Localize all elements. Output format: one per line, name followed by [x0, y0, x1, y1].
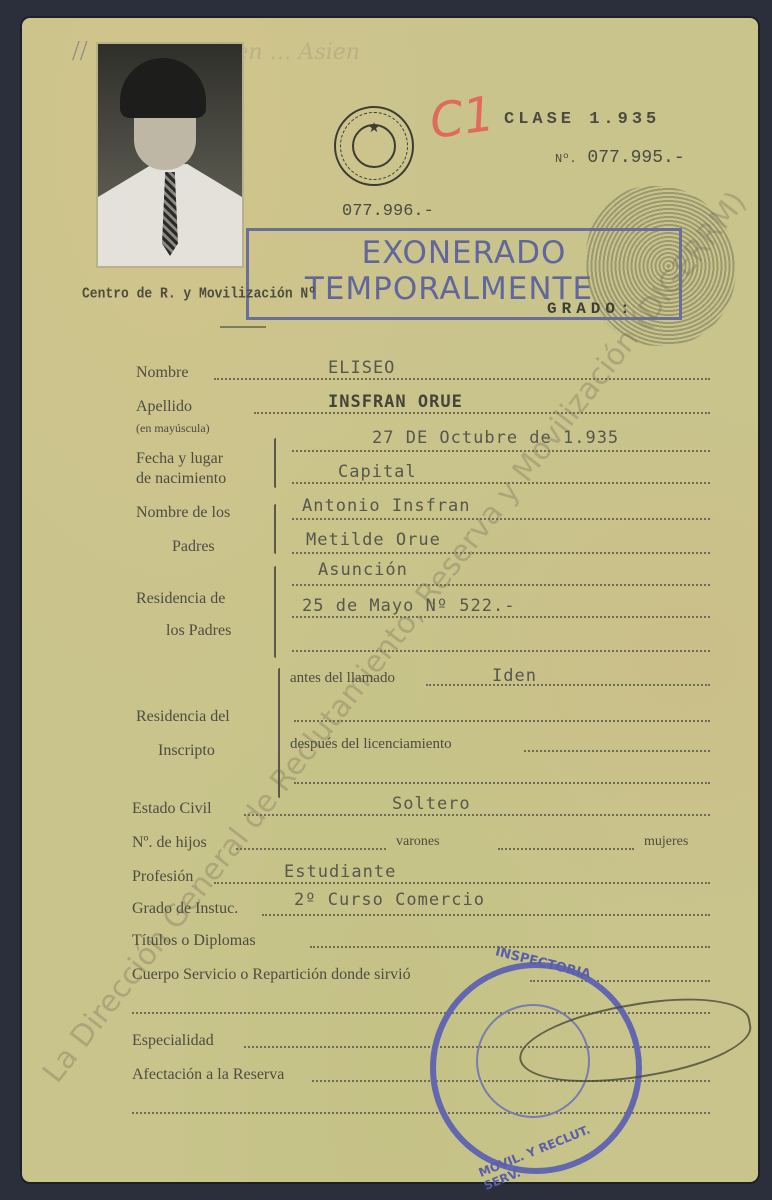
- nombre-value[interactable]: ELISEO: [328, 358, 395, 378]
- stamp-line-1: EXONERADO: [249, 235, 679, 271]
- mujeres-line: [498, 848, 634, 850]
- numero-label: Nº.: [555, 152, 577, 166]
- profesion-label: Profesión: [132, 868, 193, 886]
- brace: [274, 438, 276, 488]
- hijos-label: Nº. de hijos: [132, 834, 207, 852]
- clase-label: CLASE: [504, 110, 575, 129]
- national-seal-icon: ★: [334, 106, 414, 186]
- apellido-value[interactable]: INSFRAN ORUE: [328, 392, 463, 412]
- padres-label-2: Padres: [172, 538, 215, 556]
- varones-line: [236, 848, 386, 850]
- apellido-sublabel: (en mayúscula): [136, 421, 210, 436]
- especialidad-label: Especialidad: [132, 1032, 214, 1050]
- brace: [274, 566, 276, 658]
- portrait-photo: [96, 42, 244, 268]
- registration-card: // … Olsen … Asien ★ C1 CLASE 1.935 Nº. …: [22, 18, 758, 1182]
- res-padres-ciudad[interactable]: Asunción: [318, 560, 408, 580]
- despues-line-2: [294, 782, 710, 784]
- padres-label-1: Nombre de los: [136, 504, 230, 522]
- divider: [220, 326, 266, 328]
- stamp-top-text: INSPECTORIA: [494, 944, 593, 982]
- estado-civil-line: [244, 814, 710, 816]
- estado-civil-value[interactable]: Soltero: [392, 794, 471, 814]
- padre-line: [292, 518, 710, 520]
- despues-line: [524, 750, 710, 752]
- varones-label: varones: [396, 834, 440, 850]
- nacimiento-label-2: de nacimiento: [136, 470, 226, 488]
- despues-label: después del licenciamiento: [290, 736, 452, 753]
- res-inscripto-label-1: Residencia del: [136, 708, 230, 726]
- clase-value: 1.935: [589, 110, 660, 129]
- res-padres-label-2: los Padres: [166, 622, 231, 640]
- centro-label: Centro de R. y Movilización Nº: [82, 285, 316, 302]
- apellido-line: [254, 412, 710, 414]
- res-padres-direccion[interactable]: 25 de Mayo Nº 522.-: [302, 596, 515, 616]
- nombre-line: [214, 378, 710, 380]
- estado-civil-label: Estado Civil: [132, 800, 212, 818]
- lugar-value[interactable]: Capital: [338, 462, 417, 482]
- numero-stamp: 077.996.-: [342, 202, 434, 221]
- res-inscripto-line: [294, 720, 710, 722]
- lugar-line: [292, 482, 710, 484]
- antes-label: antes del llamado: [290, 670, 395, 687]
- grado-instruccion-line: [262, 914, 710, 916]
- apellido-label: Apellido: [136, 398, 192, 416]
- cuerpo-label: Cuerpo Servicio o Repartición donde sirv…: [132, 966, 411, 984]
- nombre-label: Nombre: [136, 364, 188, 382]
- brace: [278, 668, 280, 798]
- res-padres-line-1: [292, 584, 710, 586]
- class-mark: C1: [426, 86, 497, 150]
- numero-line: Nº. 077.995.-: [555, 148, 685, 168]
- clase-line: CLASE 1.935: [504, 110, 660, 129]
- res-padres-line-3: [292, 650, 710, 652]
- mujeres-label: mujeres: [644, 834, 688, 850]
- padre-value[interactable]: Antonio Insfran: [302, 496, 471, 516]
- res-padres-line-2: [292, 616, 710, 618]
- profesion-line: [214, 882, 710, 884]
- pencil-mark: //: [72, 36, 88, 68]
- stamp-bottom-text: MOVIL. Y RECLUT. SERV.: [477, 1107, 636, 1193]
- afectacion-label: Afectación a la Reserva: [132, 1066, 284, 1084]
- titulos-label: Títulos o Diplomas: [132, 932, 256, 950]
- res-inscripto-label-2: Inscripto: [158, 742, 215, 760]
- fecha-value[interactable]: 27 DE Octubre de 1.935: [372, 428, 619, 448]
- watermark: La Dirección General de Reclutamiento, R…: [36, 185, 754, 1090]
- antes-value[interactable]: Iden: [492, 666, 537, 686]
- antes-line: [426, 684, 710, 686]
- fecha-line: [292, 450, 710, 452]
- res-padres-label-1: Residencia de: [136, 590, 225, 608]
- brace: [274, 504, 276, 554]
- profesion-value[interactable]: Estudiante: [284, 862, 396, 882]
- madre-line: [292, 552, 710, 554]
- madre-value[interactable]: Metilde Orue: [306, 530, 441, 550]
- numero-value: 077.995.-: [587, 148, 684, 168]
- grado-instruccion-value[interactable]: 2º Curso Comercio: [294, 890, 485, 910]
- nacimiento-label-1: Fecha y lugar: [136, 450, 223, 468]
- grado-instruccion-label: Grado de Instuc.: [132, 900, 238, 918]
- grado-label: GRADO:: [547, 300, 635, 318]
